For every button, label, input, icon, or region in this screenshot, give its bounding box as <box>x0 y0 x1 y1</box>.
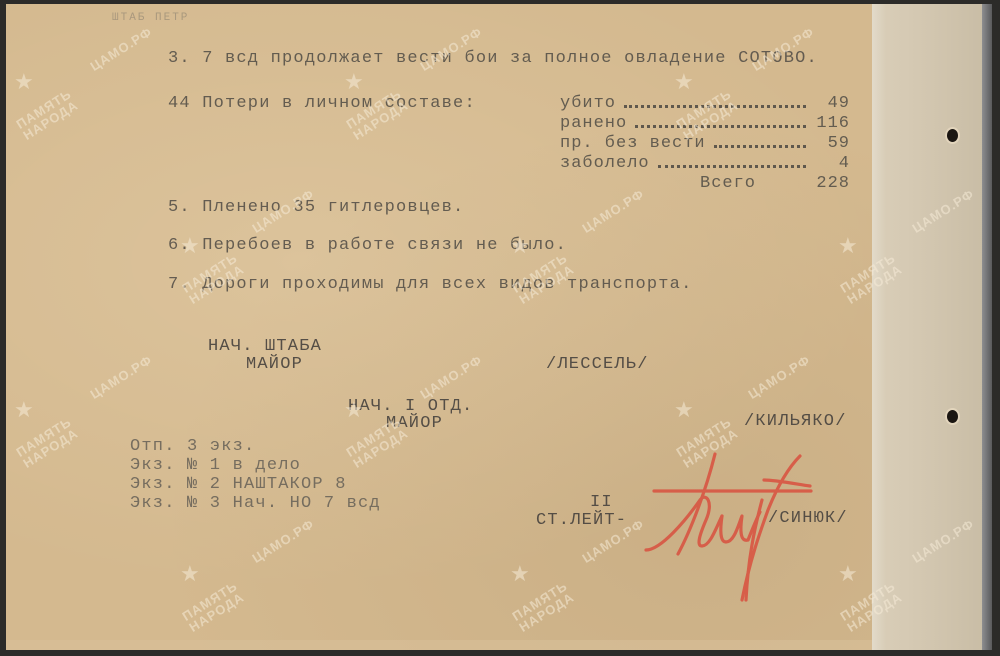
star-icon: ★ <box>674 70 694 95</box>
loss-value: 4 <box>814 154 850 173</box>
star-icon: ★ <box>344 70 364 95</box>
paragraph-7: 7. Дороги проходимы для всех видов транс… <box>168 275 692 294</box>
distribution-line-3: Экз. № 2 НАШТАКОР 8 <box>130 475 347 494</box>
chief-of-staff-rank: МАЙОР <box>246 355 303 374</box>
distribution-line-1: Отп. 3 экз. <box>130 437 255 456</box>
loss-label: заболело <box>560 154 650 173</box>
paper-bottom-edge <box>6 640 886 650</box>
leader-dots <box>658 154 806 168</box>
distribution-line-4: Экз. № 3 Нач. НО 7 всд <box>130 494 381 513</box>
loss-label: ранено <box>560 114 627 133</box>
star-icon: ★ <box>838 562 858 587</box>
loss-value: 116 <box>814 114 850 133</box>
leader-dots <box>714 134 806 148</box>
paragraph-3: 3. 7 всд продолжает вести бои за полное … <box>168 49 818 68</box>
faint-header-text: ШТАБ ПЕТР <box>112 12 189 24</box>
loss-value: 49 <box>814 94 850 113</box>
distribution-line-2: Экз. № 1 в дело <box>130 456 301 475</box>
loss-row-missing: пр. без вести 59 <box>560 134 850 153</box>
punch-hole-bottom <box>947 410 958 423</box>
dept-chief-name: /КИЛЬЯКО/ <box>744 412 847 431</box>
loss-value: 59 <box>814 134 850 153</box>
binder-edge <box>982 4 992 650</box>
star-icon: ★ <box>14 70 34 95</box>
star-icon: ★ <box>180 562 200 587</box>
tape-edge <box>872 4 886 650</box>
punch-hole-top <box>947 129 958 142</box>
chief-of-staff-name: /ЛЕССЕЛЬ/ <box>546 355 649 374</box>
star-icon: ★ <box>344 398 364 423</box>
paragraph-4-label: 44 Потери в личном составе: <box>168 94 476 113</box>
star-icon: ★ <box>838 234 858 259</box>
star-icon: ★ <box>674 398 694 423</box>
star-icon: ★ <box>510 234 530 259</box>
loss-row-total: Всего 228 <box>700 174 850 193</box>
lieutenant-roman: II <box>590 493 613 512</box>
chief-of-staff-title: НАЧ. ШТАБА <box>208 337 322 356</box>
red-pencil-signature <box>636 450 826 610</box>
star-icon: ★ <box>510 562 530 587</box>
star-icon: ★ <box>180 234 200 259</box>
lieutenant-rank: СТ.ЛЕЙТ- <box>536 511 627 530</box>
loss-label: убито <box>560 94 616 113</box>
loss-row-sick: заболело 4 <box>560 154 850 173</box>
loss-total-label: Всего <box>700 174 756 193</box>
star-icon: ★ <box>14 398 34 423</box>
loss-total-value: 228 <box>814 174 850 193</box>
paragraph-5: 5. Пленено 35 гитлеровцев. <box>168 198 464 217</box>
